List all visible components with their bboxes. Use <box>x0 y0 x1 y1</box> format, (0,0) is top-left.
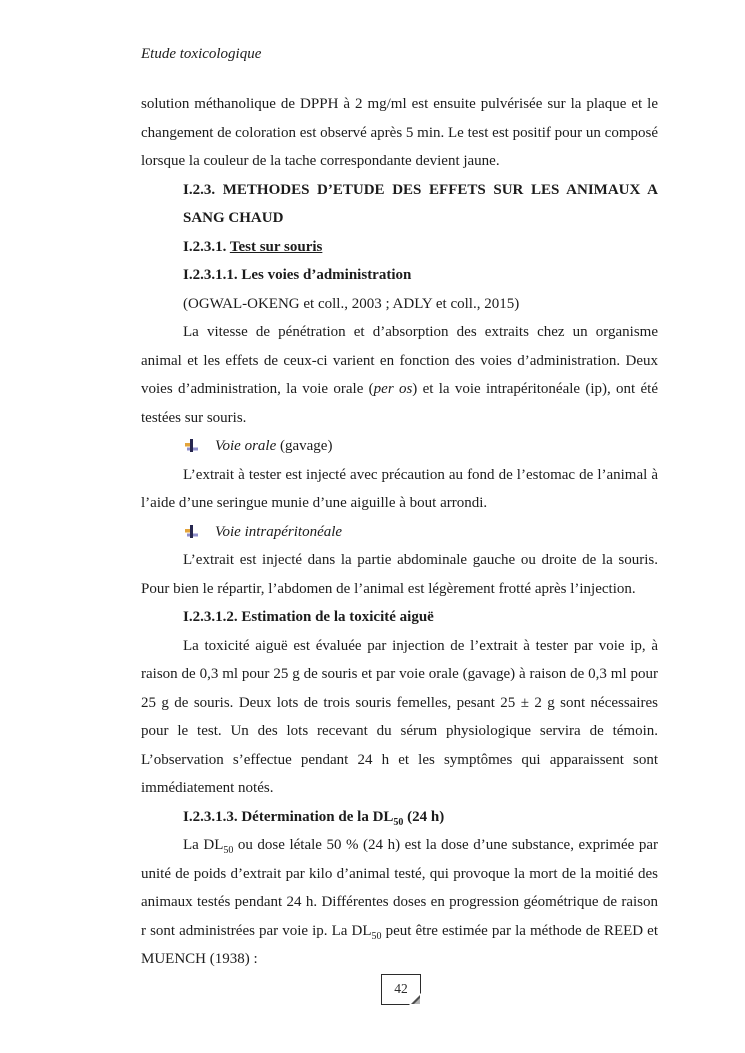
citation-line: (OGWAL-OKENG et coll., 2003 ; ADLY et co… <box>183 290 658 319</box>
running-header: Etude toxicologique <box>141 44 658 64</box>
bullet-voie-orale-suffix: (gavage) <box>276 438 332 454</box>
bullet-voie-orale-text: Voie orale <box>215 438 276 454</box>
bullet-item-voie-orale: Voie orale (gavage) <box>185 432 658 461</box>
heading-test-souris-number: I.2.3.1. <box>183 239 230 255</box>
heading-voies-administration: I.2.3.1.1. Les voies d’administration <box>183 261 658 290</box>
folded-corner-icon <box>409 993 421 1005</box>
heading-methodes-line1: I.2.3. METHODES D’ETUDE DES EFFETS SUR L… <box>183 176 658 205</box>
page-number-box: 42 <box>381 974 421 1005</box>
paragraph-vitesse-per-os: per os <box>374 381 413 397</box>
heading-dl50-prefix: I.2.3.1.3. Détermination de la DL <box>183 809 393 825</box>
paragraph-vitesse: La vitesse de pénétration et d’absorptio… <box>141 318 658 432</box>
bullet-voie-ip-text: Voie intrapéritonéale <box>215 518 342 547</box>
page-content: Etude toxicologique solution méthanoliqu… <box>141 44 658 974</box>
bullet-item-voie-ip: Voie intrapéritonéale <box>185 518 658 547</box>
paragraph-dl50-part1: La DL <box>183 837 223 853</box>
paragraph-toxicite: La toxicité aiguë est évaluée par inject… <box>141 632 658 803</box>
arrow-bullet-icon <box>185 525 198 539</box>
heading-determination-dl50: I.2.3.1.3. Détermination de la DL50 (24 … <box>183 803 658 832</box>
arrow-bullet-icon <box>185 439 198 453</box>
heading-dl50-suffix: (24 h) <box>403 809 444 825</box>
heading-test-souris-title: Test sur souris <box>230 239 323 255</box>
bullet-label: Voie orale (gavage) <box>215 432 332 461</box>
heading-test-souris: I.2.3.1. Test sur souris <box>183 233 658 262</box>
paragraph-extrait-ip: L’extrait est injecté dans la partie abd… <box>141 546 658 603</box>
paragraph-dl50: La DL50 ou dose létale 50 % (24 h) est l… <box>141 831 658 974</box>
paragraph-extrait-oral: L’extrait à tester est injecté avec préc… <box>141 461 658 518</box>
document-page: Etude toxicologique solution méthanoliqu… <box>0 0 745 1053</box>
paragraph-dpph: solution méthanolique de DPPH à 2 mg/ml … <box>141 90 658 176</box>
heading-methodes: I.2.3. METHODES D’ETUDE DES EFFETS SUR L… <box>183 176 658 233</box>
dl50-subscript: 50 <box>372 931 382 942</box>
dl50-subscript: 50 <box>223 845 233 856</box>
heading-methodes-line2: SANG CHAUD <box>183 210 283 226</box>
heading-dl50-subscript: 50 <box>393 817 403 828</box>
heading-estimation-toxicite: I.2.3.1.2. Estimation de la toxicité aig… <box>183 603 658 632</box>
